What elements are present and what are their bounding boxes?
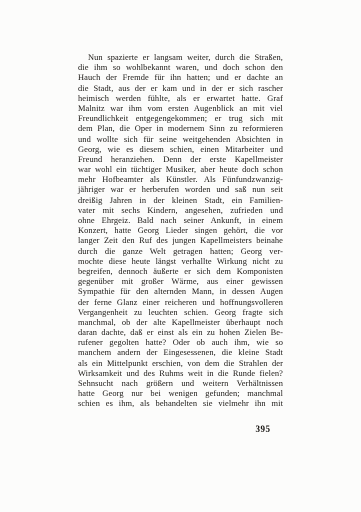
text-line: daran dachte, daß er einst als ein zu ho…	[78, 328, 283, 338]
text-line: heimisch werden fühlte, als er erwartet …	[78, 94, 283, 104]
text-line: und wollte sich für seine weitgehenden A…	[78, 135, 283, 145]
text-line: die Stadt, aus der er kam und in der er …	[78, 84, 283, 94]
text-line: Vergangenheit zu leuchten schien. Georg …	[78, 308, 283, 318]
text-line: Freundlichkeit entgegengekommen; er trug…	[78, 114, 283, 124]
text-line: begreifen, dennoch äußerte er sich dem K…	[78, 267, 283, 277]
book-page: Nun spazierte er langsam weiter, durch d…	[0, 0, 361, 512]
text-line: Konzert, hatte Georg Lieder singen gehör…	[78, 226, 283, 236]
text-line: durch die ganze Welt getragen hatten; Ge…	[78, 247, 283, 257]
text-line: mehr Hofbeamter als Künstler. Als Fünfun…	[78, 175, 283, 185]
text-line: war wohl ein tüchtiger Musiker, aber heu…	[78, 165, 283, 175]
text-line: Freund heranziehen. Denn der erste Kapel…	[78, 155, 283, 165]
text-line: Hauch der Fremde für ihn hatten; und er …	[78, 73, 283, 83]
text-line: schien es ihm, als behandelten sie vielm…	[78, 399, 283, 409]
text-line: manchmal, ob der alte Kapellmeister über…	[78, 318, 283, 328]
text-line: Georg, wie es diesem schien, einen Mitar…	[78, 145, 283, 155]
text-line: manchem andern der Eingesessenen, die kl…	[78, 348, 283, 358]
text-line: langer Zeit den Ruf des jungen Kapellmei…	[78, 236, 283, 246]
text-line: dem Plan, die Oper in modernem Sinn zu r…	[78, 124, 283, 134]
text-line: vater mit sechs Kindern, angesehen, zufr…	[78, 206, 283, 216]
body-text-block: Nun spazierte er langsam weiter, durch d…	[78, 53, 283, 410]
text-line: Malnitz war ihm vom ersten Augenblick an…	[78, 104, 283, 114]
text-line: rufener gegolten hatte? Oder ob auch ihm…	[78, 338, 283, 348]
text-line: jähriger war er herberufen worden und sa…	[78, 185, 283, 195]
text-line: Nun spazierte er langsam weiter, durch d…	[78, 53, 283, 63]
text-line: Sehnsucht nach größern und weitern Verhä…	[78, 379, 283, 389]
page-number: 395	[245, 424, 281, 434]
text-line: ohne Ehrgeiz. Bald nach seiner Ankunft, …	[78, 216, 283, 226]
text-line: der ferne Glanz einer reicheren und hoff…	[78, 298, 283, 308]
text-line: mochte diese heute längst verhallte Wirk…	[78, 257, 283, 267]
text-line: die ihm so wohlbekannt waren, und doch s…	[78, 63, 283, 73]
text-line: dreißig Jahren in der kleinen Stadt, ein…	[78, 196, 283, 206]
text-line: Sympathie für den alternden Mann, in des…	[78, 287, 283, 297]
text-line: Wirksamkeit und des Ruhms weit in die Ru…	[78, 369, 283, 379]
text-line: gegenüber mit großer Wärme, aus einer ge…	[78, 277, 283, 287]
text-line: als ein Mittelpunkt erschien, von dem di…	[78, 359, 283, 369]
text-line: hatte Georg nur bei wenigen gefunden; ma…	[78, 389, 283, 399]
